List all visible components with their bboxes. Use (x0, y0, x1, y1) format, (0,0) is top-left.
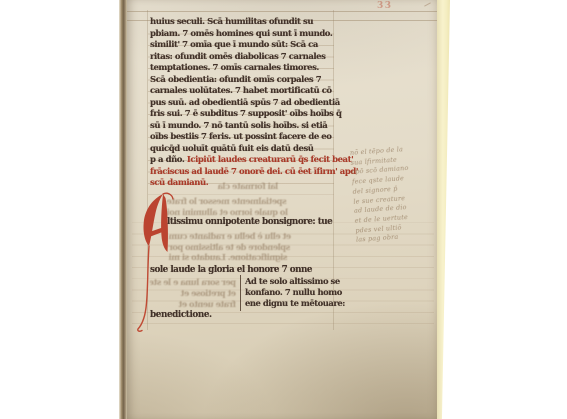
canticle-line: ltissimu onnipotente bonsignore: tue (167, 217, 332, 227)
text-line: sū ī mundo. 7 nō tantū solis hoībs. si e… (150, 121, 358, 133)
manuscript-photo: 33 huius seculi. Scā humilitas ofundit s… (0, 0, 567, 419)
binding-gutter-edge (119, 0, 127, 419)
rubric-line: frāciscus ad laudē 7 onorē dei. cū ēet ī… (150, 167, 358, 179)
showthrough-line: lo quale iorno et allumini noi (167, 207, 288, 217)
showthrough-line: significatione. Laudato si mi (169, 252, 287, 262)
under-leaf-edge (437, 0, 450, 419)
text-line: Scā obedientia: ofundit omīs corpales 7 (150, 75, 358, 87)
showthrough-line: lai formate cla (218, 181, 278, 191)
folio-number: 33 (377, 1, 393, 11)
showthrough-line: et ellu è bellu e radiante cum (169, 231, 291, 241)
text-line: oībs bestiis 7 feris. ut possint facere … (150, 132, 358, 144)
canticle-inset-line: ene dignu te mētouare: (245, 298, 345, 309)
paragraph-bracket (240, 275, 241, 311)
text-line: quicq̄d uoluīt quātū fuit eis datū desū (150, 144, 358, 156)
text-line: temptationes. 7 omīs carnales timores. (150, 63, 358, 75)
ruling-line (127, 11, 437, 12)
text-line: fris sui. 7 ē subditus 7 supposit' oībs … (150, 109, 358, 121)
showthrough-line: spetialmente messor lo frate (167, 196, 287, 206)
text-line: huius seculi. Scā humilitas ofundit su (150, 17, 358, 29)
text-line: carnales uolūtates. 7 habet mortificatū … (150, 86, 358, 98)
rubric-incipit: Icipiūt laudes creaturarū q̄s fecit beat… (187, 155, 353, 165)
initial-flourish-tail (138, 246, 149, 331)
canticle-inset-line: Ad te solo altissimo se (245, 276, 345, 287)
text-line: pbiam. 7 omēs homines qui sunt ī mundo. (150, 29, 358, 41)
showthrough-line: splendore de te altissimo por (169, 242, 290, 252)
text-line: pus suū. ad obedientiā spūs 7 ad obedien… (150, 98, 358, 110)
canticle-line: sole laude la gloria el honore 7 onne (150, 265, 312, 275)
text-line-mixed: p a dño. Icipiūt laudes creaturarū q̄s f… (150, 155, 358, 167)
canticle-inset-block: Ad te solo altissimo se konfano. 7 nullu… (245, 276, 345, 309)
text-line: ritas: ofundit omēs diabolicas 7 carnale… (150, 52, 358, 64)
latin-text-block: huius seculi. Scā humilitas ofundit su p… (150, 17, 358, 190)
canticle-line: benedictione. (150, 310, 212, 320)
text-line: p a dño. (150, 155, 187, 165)
marginal-annotation: nō el tēpo de la sua īfirmitate apō scō … (350, 143, 437, 245)
canticle-inset-line: konfano. 7 nullu homo (245, 287, 345, 298)
text-line: similit' 7 omīa que ī mundo sūt: Scā ca (150, 40, 358, 52)
